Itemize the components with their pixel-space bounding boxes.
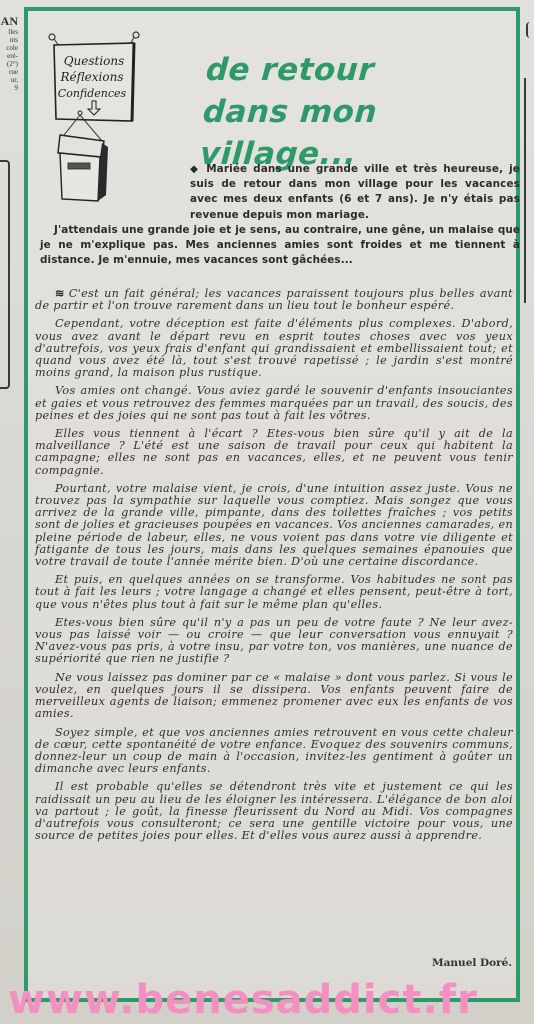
response-paragraph: Et puis, en quelques années on se transf…: [35, 574, 513, 611]
response-paragraph: Cependant, votre déception est faite d'é…: [35, 318, 513, 379]
wave-marker-icon: ≋: [55, 286, 65, 300]
article-title: de retour dans mon village...: [199, 49, 521, 175]
reader-letter-second-paragraph: J'attendais une grande joie et je sens, …: [40, 223, 520, 269]
response-paragraph: Vos amies ont changé. Vous aviez gardé l…: [35, 385, 513, 422]
adjacent-column-fragment: AN lles nts cole eré- (2°) rue ur, 9: [0, 14, 18, 92]
response-paragraph: Pourtant, votre malaise vient, je crois,…: [35, 483, 513, 568]
adjacent-line: rue: [0, 68, 18, 76]
adjacent-line: 9: [0, 84, 18, 92]
article-box: Questions Réflexions Confidences de reto…: [24, 7, 520, 1002]
adjacent-mark-right: [526, 22, 534, 38]
svg-text:Réflexions: Réflexions: [60, 70, 124, 84]
questions-mailbox-illustration: Questions Réflexions Confidences: [46, 29, 146, 209]
adjacent-line: cole: [0, 44, 18, 52]
response-paragraph: Elles vous tiennent à l'écart ? Etes-vou…: [35, 428, 513, 477]
response-paragraph: Soyez simple, et que vos anciennes amies…: [35, 727, 513, 776]
response-paragraph: Il est probable qu'elles se détendront t…: [35, 781, 513, 842]
adjacent-line: ur,: [0, 76, 18, 84]
adjacent-line: (2°): [0, 60, 18, 68]
adjacent-frame-left: [0, 160, 10, 389]
adjacent-heading-fragment: AN: [0, 14, 18, 28]
svg-text:Questions: Questions: [64, 54, 125, 68]
author-signature: Manuel Doré.: [432, 957, 512, 969]
website-watermark: www.benesaddict.fr: [8, 977, 528, 1023]
svg-text:Confidences: Confidences: [58, 87, 127, 100]
columnist-response: ≋C'est un fait général; les vacances par…: [35, 287, 513, 848]
adjacent-line: eré-: [0, 52, 18, 60]
response-paragraph: Ne vous laissez pas dominer par ce « mal…: [35, 672, 513, 721]
response-paragraph: Etes-vous bien sûre qu'il n'y a pas un p…: [35, 617, 513, 666]
adjacent-line: lles: [0, 28, 18, 36]
diamond-bullet-icon: ◆: [190, 163, 200, 175]
adjacent-line: nts: [0, 36, 18, 44]
reader-letter-intro: ◆ Mariée dans une grande ville et très h…: [190, 162, 520, 223]
title-line-1: de retour: [205, 52, 376, 88]
adjacent-frame-right: [524, 78, 534, 303]
response-paragraph: ≋C'est un fait général; les vacances par…: [35, 287, 513, 312]
reader-letter-first-paragraph: Mariée dans une grande ville et très heu…: [190, 163, 520, 221]
